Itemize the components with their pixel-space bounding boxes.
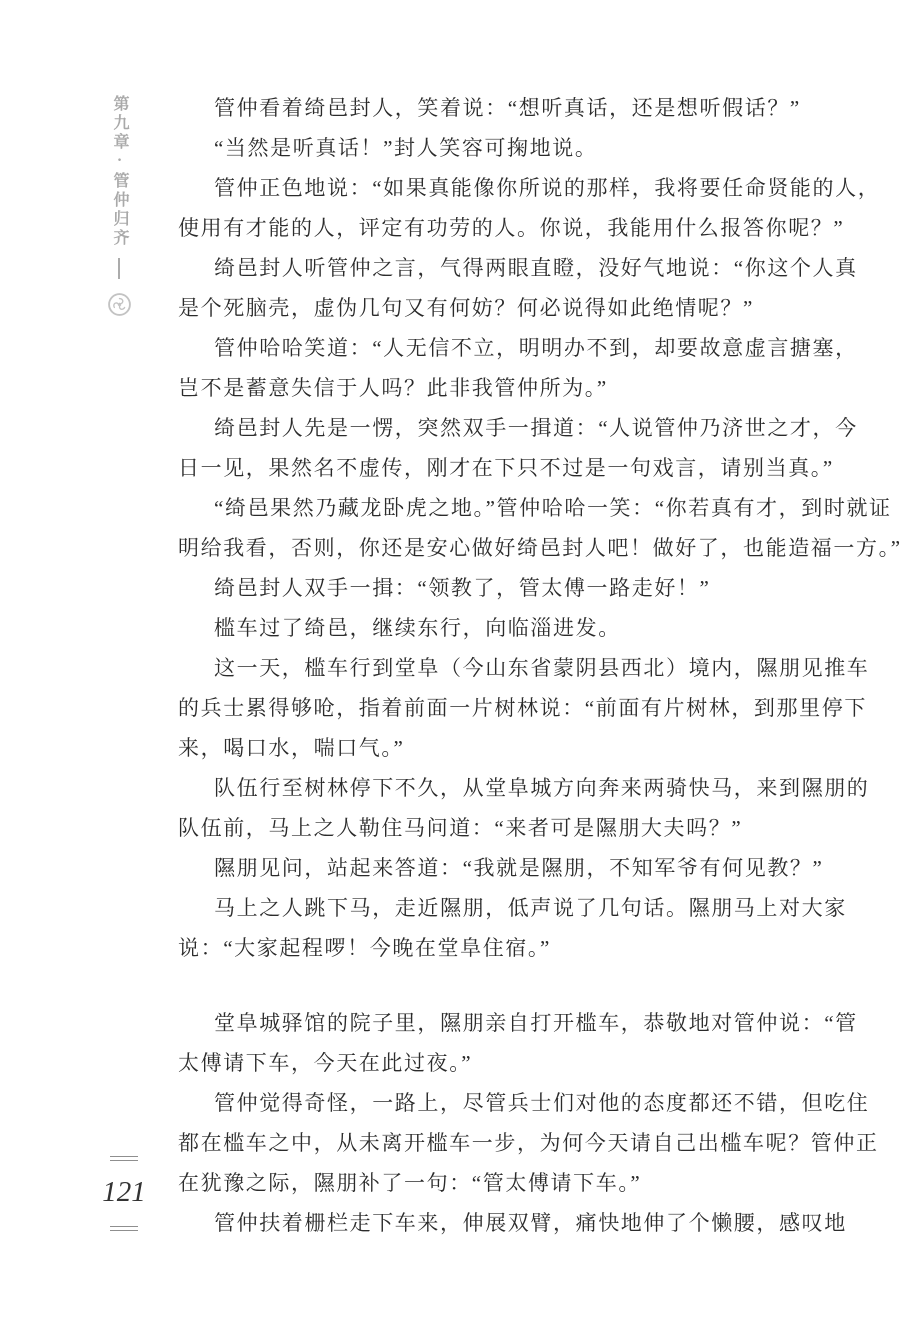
text-line: “绮邑果然乃藏龙卧虎之地。”管仲哈哈一笑：“你若真有才，到时就证 — [178, 488, 860, 528]
chapter-title-dash — [118, 258, 120, 279]
text-line: 绮邑封人双手一揖：“领教了，管太傅一路走好！” — [178, 568, 860, 608]
text-line: 绮邑封人听管仲之言，气得两眼直瞪，没好气地说：“你这个人真 — [178, 248, 860, 288]
text-line: 太傅请下车，今天在此过夜。” — [178, 1043, 860, 1083]
text-line: 管仲看着绮邑封人，笑着说：“想听真话，还是想听假话？” — [178, 88, 860, 128]
text-line: 管仲正色地说：“如果真能像你所说的那样，我将要任命贤能的人， — [178, 168, 860, 208]
page-number: 121 — [102, 1178, 146, 1207]
text-line: 槛车过了绮邑，继续东行，向临淄进发。 — [178, 608, 860, 648]
text-line: 说：“大家起程啰！今晚在堂阜住宿。” — [178, 928, 860, 968]
text-line: 的兵士累得够呛，指着前面一片树林说：“前面有片树林，到那里停下 — [178, 688, 860, 728]
text-line: 堂阜城驿馆的院子里，隰朋亲自打开槛车，恭敬地对管仲说：“管 — [178, 1003, 860, 1043]
text-line: 来，喝口水，喘口气。” — [178, 728, 860, 768]
text-line: 管仲扶着栅栏走下车来，伸展双臂，痛快地伸了个懒腰，感叹地 — [178, 1203, 860, 1243]
text-line: 是个死脑壳，虚伪几句又有何妨？何必说得如此绝情呢？” — [178, 288, 860, 328]
text-line: 管仲哈哈笑道：“人无信不立，明明办不到，却要故意虚言搪塞， — [178, 328, 860, 368]
text-line: 绮邑封人先是一愣，突然双手一揖道：“人说管仲乃济世之才，今 — [178, 408, 860, 448]
text-line: 使用有才能的人，评定有功劳的人。你说，我能用什么报答你呢？” — [178, 208, 860, 248]
page-number-rule-top — [110, 1156, 138, 1161]
page-number-rule-bottom — [110, 1226, 138, 1231]
body-text-column: 管仲看着绮邑封人，笑着说：“想听真话，还是想听假话？”“当然是听真话！”封人笑容… — [178, 88, 860, 1243]
chapter-title: 第九章·管仲归齐 — [103, 95, 135, 248]
text-line: 在犹豫之际，隰朋补了一句：“管太傅请下车。” — [178, 1163, 860, 1203]
text-line: 都在槛车之中，从未离开槛车一步，为何今天请自己出槛车呢？管仲正 — [178, 1123, 860, 1163]
text-line: 马上之人跳下马，走近隰朋，低声说了几句话。隰朋马上对大家 — [178, 888, 860, 928]
text-line: 队伍行至树林停下不久，从堂阜城方向奔来两骑快马，来到隰朋的 — [178, 768, 860, 808]
text-line: 岂不是蓄意失信于人吗？此非我管仲所为。” — [178, 368, 860, 408]
text-line: 管仲觉得奇怪，一路上，尽管兵士们对他的态度都还不错，但吃住 — [178, 1083, 860, 1123]
text-line: 隰朋见问，站起来答道：“我就是隰朋，不知军爷有何见教？” — [178, 848, 860, 888]
text-line: 日一见，果然名不虚传，刚才在下只不过是一句戏言，请别当真。” — [178, 448, 860, 488]
scene-break — [178, 968, 860, 1003]
page-number-block: 121 — [100, 1156, 148, 1231]
chapter-seal-icon — [107, 292, 132, 317]
book-page: 第九章·管仲归齐 管仲看着绮邑封人，笑着说：“想听真话，还是想听假话？”“当然是… — [0, 0, 913, 1338]
text-line: 明给我看，否则，你还是安心做好绮邑封人吧！做好了，也能造福一方。” — [178, 528, 860, 568]
text-line: 这一天，槛车行到堂阜（今山东省蒙阴县西北）境内，隰朋见推车 — [178, 648, 860, 688]
text-line: 队伍前，马上之人勒住马问道：“来者可是隰朋大夫吗？” — [178, 808, 860, 848]
text-line: “当然是听真话！”封人笑容可掬地说。 — [178, 128, 860, 168]
chapter-sidebar: 第九章·管仲归齐 — [103, 95, 135, 317]
